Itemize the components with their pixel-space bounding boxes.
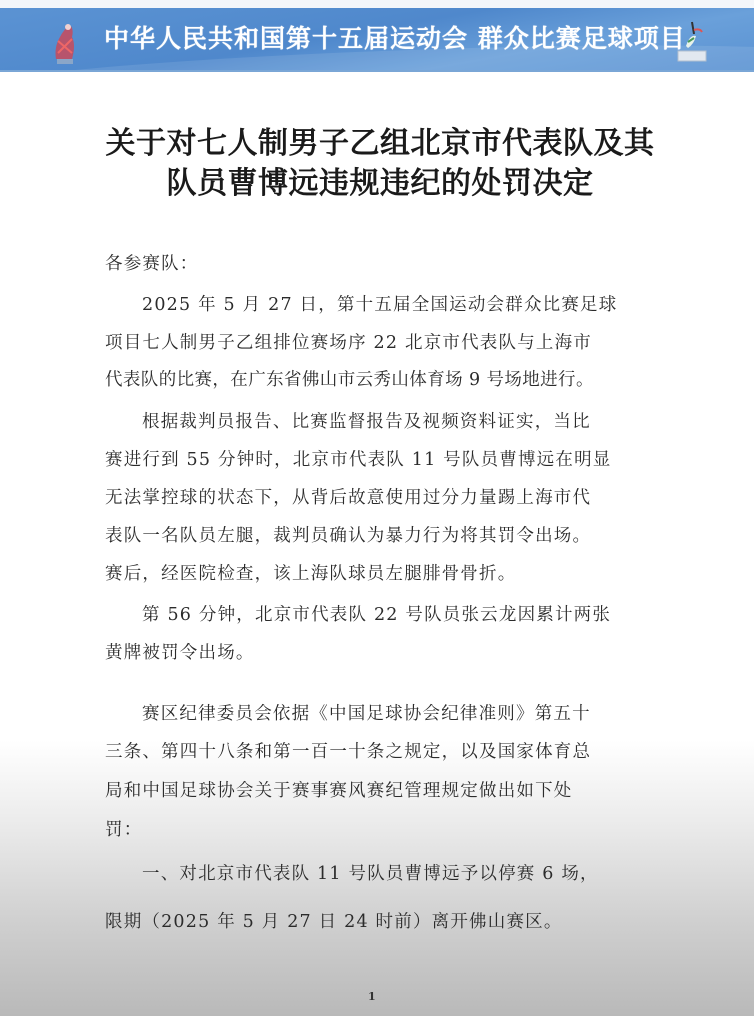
salutation: 各参赛队： bbox=[105, 252, 657, 276]
top-strip bbox=[0, 0, 754, 8]
paragraph-line: 限期（2025 年 5 月 27 日 24 时前）离开佛山赛区。 bbox=[105, 910, 657, 934]
paragraph-line: 第 56 分钟，北京市代表队 22 号队员张云龙因累计两张 bbox=[142, 603, 657, 627]
national-games-emblem-icon bbox=[48, 19, 82, 67]
paragraph-line: 根据裁判员报告、比赛监督报告及视频资料证实，当比 bbox=[142, 410, 657, 434]
paragraph-line: 项目七人制男子乙组排位赛场序 22 北京市代表队与上海市 bbox=[105, 331, 657, 355]
paragraph-line: 一、对北京市代表队 11 号队员曹博远予以停赛 6 场， bbox=[142, 862, 657, 886]
header-banner: 中华人民共和国第十五届运动会 群众比赛足球项目 bbox=[0, 8, 754, 72]
paragraph-line: 罚： bbox=[105, 818, 657, 842]
paragraph-line: 赛进行到 55 分钟时，北京市代表队 11 号队员曹博远在明显 bbox=[105, 448, 657, 472]
paragraph-line: 三条、第四十八条和第一百一十条之规定，以及国家体育总 bbox=[105, 740, 657, 764]
document-title-line: 关于对七人制男子乙组北京市代表队及其 bbox=[80, 124, 680, 164]
document-title: 关于对七人制男子乙组北京市代表队及其 队员曹博远违规违纪的处罚决定 bbox=[80, 124, 680, 204]
mascot-logo-icon bbox=[672, 20, 712, 66]
document-title-line: 队员曹博远违规违纪的处罚决定 bbox=[80, 164, 680, 204]
paragraph-line: 黄牌被罚令出场。 bbox=[105, 641, 657, 665]
paragraph-line: 无法掌控球的状态下，从背后故意使用过分力量踢上海市代 bbox=[105, 486, 657, 510]
paragraph-line: 赛后，经医院检查，该上海队球员左腿腓骨骨折。 bbox=[105, 562, 657, 586]
paragraph-line: 赛区纪律委员会依据《中国足球协会纪律准则》第五十 bbox=[142, 702, 657, 726]
paragraph-line: 局和中国足球协会关于赛事赛风赛纪管理规定做出如下处 bbox=[105, 779, 657, 803]
paragraph-line: 2025 年 5 月 27 日，第十五届全国运动会群众比赛足球 bbox=[142, 293, 657, 317]
page-number: 1 bbox=[368, 990, 376, 1003]
banner-title: 中华人民共和国第十五届运动会 群众比赛足球项目 bbox=[104, 22, 624, 56]
paragraph-line: 表队一名队员左腿，裁判员确认为暴力行为将其罚令出场。 bbox=[105, 524, 657, 548]
paragraph-line: 代表队的比赛，在广东省佛山市云秀山体育场 9 号场地进行。 bbox=[105, 368, 657, 392]
